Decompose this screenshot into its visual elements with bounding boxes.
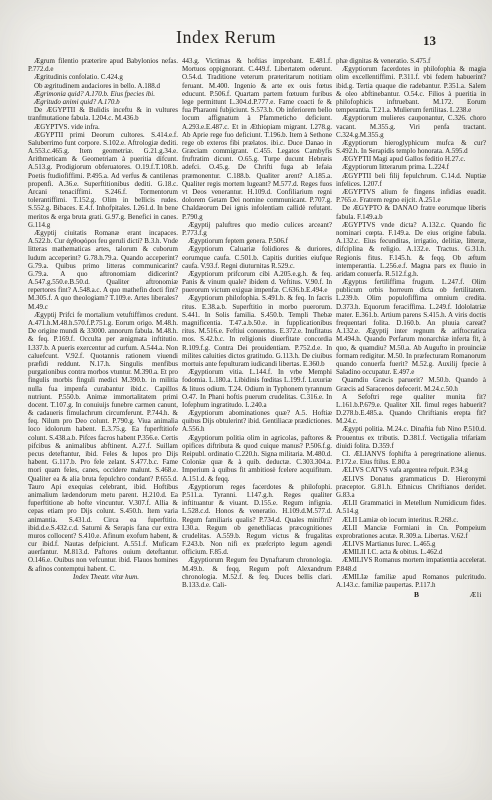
index-entry: ÆGYPTVS alium fe fingens infidias euadit… — [336, 188, 486, 204]
index-entry: ÆLIVS CATVS vafa argentea refpuit. P.34.… — [336, 466, 486, 474]
index-entry: Ob ægritudinem audaciores in bello. A.18… — [28, 82, 178, 90]
index-entry: ÆGYPTVS vnde dicta? A.132.c. Quando fic … — [336, 221, 486, 278]
column-right: phæ dignitas & veneratio. S.475.fÆgyptio… — [336, 57, 486, 722]
index-entry: Ægyptiorum abominationes quæ? A.5. Hofti… — [182, 409, 332, 434]
index-entry: 443.g. Victimas & hoftias improbant. E.4… — [182, 57, 332, 221]
index-entry: ÆLIVS Donatus grammaticus D. Hieronymi p… — [336, 475, 486, 500]
index-entry: Ægyptij ciuitatis Romanæ erant incapaces… — [28, 229, 178, 311]
index-entry: Ægritudinis confolatio. C.424.g — [28, 73, 178, 81]
index-entry: Ægyptiorum Caluariæ folidiores & duriore… — [182, 245, 332, 270]
index-entry: Ægyptiorum feptem genera. P.506.f — [182, 237, 332, 245]
index-entry: ÆGYPTII primi Deorum cultores. S.414.e.f… — [28, 131, 178, 229]
index-entry: Ægrimonia quid? A.170.b. Eius fpecies ib… — [28, 90, 178, 98]
page-number: 13 — [423, 33, 436, 49]
index-entry: ÆGYPTII beli filij fepulchrum. C.14.d. N… — [336, 172, 486, 188]
index-entry: ÆLII Lamiæ ob iocum interitus. R.268.c. — [336, 516, 486, 524]
column-left: Ægrum filentio præterire apud Babylonios… — [28, 57, 178, 722]
column-middle: 443.g. Victimas & hoftias improbant. E.4… — [182, 57, 332, 722]
index-entry: phæ dignitas & veneratio. S.475.f — [336, 57, 486, 65]
index-volume-note: Index Theatr. vitæ hum. — [28, 573, 178, 581]
index-entry: Ægyptiorum mulieres cauponantur, C.326. … — [336, 114, 486, 139]
index-entry: A Sefoftri rege qualiter munita fit? L.1… — [336, 393, 486, 426]
index-entry: Ægritudo animi quid? A.170.b — [28, 98, 178, 106]
catchword: Æli — [470, 591, 482, 600]
index-entry: Ægyptiorum hieroglyphicum mufca & cur? S… — [336, 139, 486, 155]
index-entry: Ægypti politia. M.24.c. Dinaftia fub Nin… — [336, 425, 486, 450]
index-entry: Ægyptij Prifci fe mortalium vetuftiffimo… — [28, 311, 178, 573]
page-header: Index Rerum 13 — [0, 0, 492, 57]
index-entry: ÆMILIVS Romanus mortem impatientia accel… — [336, 556, 486, 572]
signature-mark: B — [414, 591, 419, 600]
index-entry: De ÆGYPTO & DANAO fratre eorumque liberi… — [336, 204, 486, 220]
index-entry: ÆMILIæ familiæ apud Romanos pulcritudo. … — [336, 573, 486, 589]
index-entry: Ægyptiorum Regum feu Dynaftarum chronolo… — [182, 556, 332, 589]
index-entry: ÆLII Manciæ Formiani in Cn. Pompeium exp… — [336, 524, 486, 540]
column-left-entries: Ægrum filentio præterire apud Babylonios… — [28, 57, 178, 573]
page-title: Index Rerum — [0, 27, 452, 48]
index-entry: ÆLIVS Martianus Iurec. L.465.g — [336, 540, 486, 548]
index-entry: Ægyptiorum facerdotes in philofophia & m… — [336, 65, 486, 114]
column-middle-entries: 443.g. Victimas & hoftias improbant. E.4… — [182, 57, 332, 589]
scanned-book-page: Index Rerum 13 Ægrum filentio præterire … — [0, 0, 492, 800]
index-entry: ÆGYPTII Magi apud Gallos feditio H.27.c. — [336, 155, 486, 163]
index-entry: Ægyptiorum vitia. L.144.f. In vrbe Memph… — [182, 368, 332, 409]
index-entry: ÆLII Grammatici in Metellum Numidicum fi… — [336, 499, 486, 515]
text-columns: Ægrum filentio præterire apud Babylonios… — [28, 57, 486, 722]
index-entry: ÆGYPTVS. vide infra. — [28, 123, 178, 131]
index-entry: Ægyptiorum litterarum prima. L.224.f — [336, 163, 486, 171]
index-entry: Ægyptiorum politia olim in agricolas, pa… — [182, 434, 332, 483]
index-entry: Ægyptiorum prifcorum cibi A.205.e.g.h. &… — [182, 270, 332, 295]
index-entry: Ægyptiorum philofophia. S.491.b. & feq. … — [182, 294, 332, 368]
index-entry: Ægyptij paluftres quo medio culices arce… — [182, 221, 332, 237]
index-entry: Ægyptiorum reges facerdotes & philofophi… — [182, 483, 332, 557]
index-entry: ÆMILII I.C. acta & obitus. L.462.d — [336, 548, 486, 556]
index-entry: Quamdiu Græcis paruerit? M.50.b. Quando … — [336, 376, 486, 392]
index-entry: Ægrum filentio præterire apud Babylonios… — [28, 57, 178, 73]
column-right-entries: phæ dignitas & veneratio. S.475.fÆgyptio… — [336, 57, 486, 589]
index-entry: De ÆGYPTII & Bulidis inceftu & in vultur… — [28, 106, 178, 122]
index-entry: Cl. ÆLIANVS fophifta à peregrinatione al… — [336, 450, 486, 466]
index-entry: Ægyptus fertiliffima frugum. L.247.f. Ol… — [336, 278, 486, 376]
signature-line: B Æli — [336, 591, 486, 601]
